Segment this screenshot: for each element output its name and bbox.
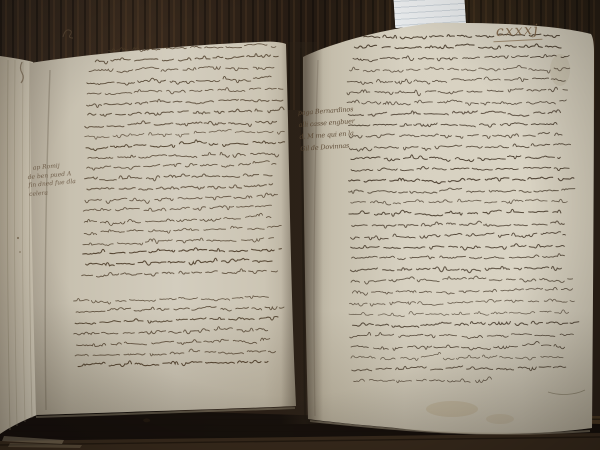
page-stain: [486, 414, 514, 424]
fore-edge-speck: [17, 237, 19, 239]
book-illustration: [0, 0, 600, 450]
manuscript-photo: cxxxj ap Romij de ben pued A fin dned fu…: [0, 0, 600, 450]
page-corner-mark: [63, 30, 73, 38]
right-page-shading: [303, 23, 594, 434]
page-stain: [550, 54, 570, 86]
page-stain: [426, 401, 478, 417]
fore-edge-speck: [19, 251, 21, 253]
